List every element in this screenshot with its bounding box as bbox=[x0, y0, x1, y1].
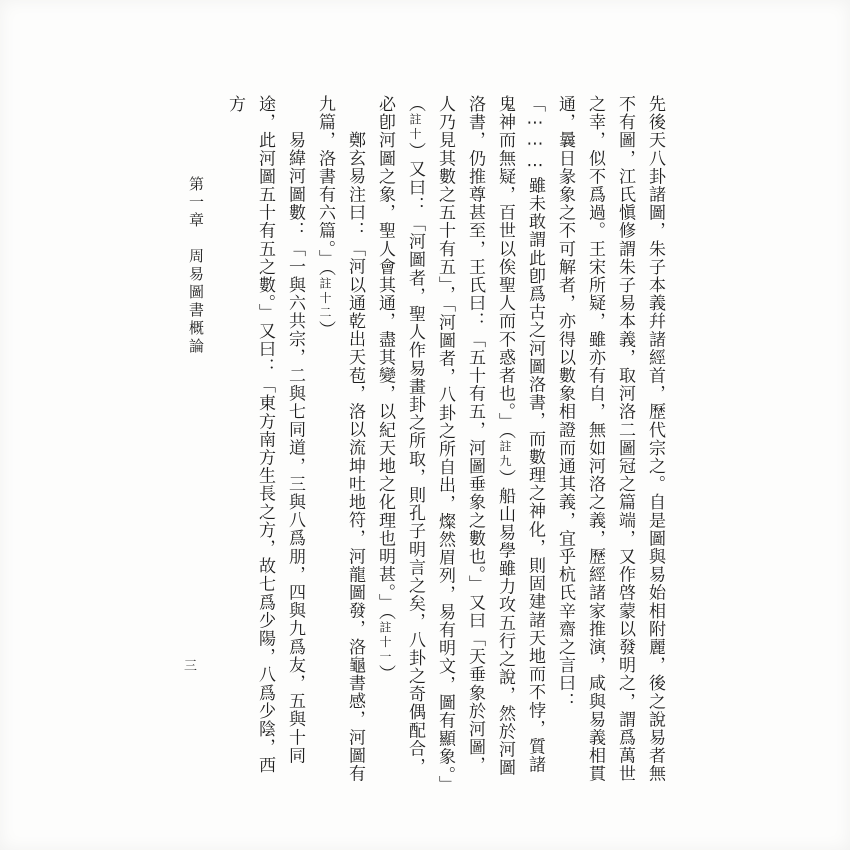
text-segment: 易緯河圖數：「一與六共宗，二與七同道，三與八爲朋，四與九爲友，五與十同途，此河圖… bbox=[225, 95, 305, 774]
text-segment: ） bbox=[315, 321, 335, 339]
chapter-title: 第一章 周易圖書概論 bbox=[186, 176, 207, 356]
note-reference: 註十二 bbox=[318, 277, 332, 321]
note-reference: 註十 bbox=[408, 113, 422, 142]
text-segment: ） bbox=[375, 665, 395, 683]
paragraph: 鄭玄易注曰：「河以通乾出天苞，洛以流坤吐地符，河龍圖發，洛龜書感，河圖有九篇，洛… bbox=[310, 95, 370, 789]
main-text: 先後天八卦諸圖，朱子本義幷諸經首，歷代宗之。自是圖與易始相附麗，後之說易者無不有… bbox=[250, 95, 670, 789]
note-reference: 註十一 bbox=[378, 621, 392, 665]
text-segment: 先後天八卦諸圖，朱子本義幷諸經首，歷代宗之。自是圖與易始相附麗，後之說易者無不有… bbox=[495, 95, 665, 783]
note-reference: 註九 bbox=[498, 440, 512, 469]
page-number: 三 bbox=[184, 655, 197, 674]
paragraph: 易緯河圖數：「一與六共宗，二與七同道，三與八爲朋，四與九爲友，五與十同途，此河圖… bbox=[220, 95, 310, 789]
text-segment: 鄭玄易注曰：「河以通乾出天苞，洛以流坤吐地符，河龍圖發，洛龜書感，河圖有九篇，洛… bbox=[315, 95, 365, 783]
paragraph: 先後天八卦諸圖，朱子本義幷諸經首，歷代宗之。自是圖與易始相附麗，後之說易者無不有… bbox=[370, 95, 670, 789]
book-page: 先後天八卦諸圖，朱子本義幷諸經首，歷代宗之。自是圖與易始相附麗，後之說易者無不有… bbox=[0, 0, 850, 850]
